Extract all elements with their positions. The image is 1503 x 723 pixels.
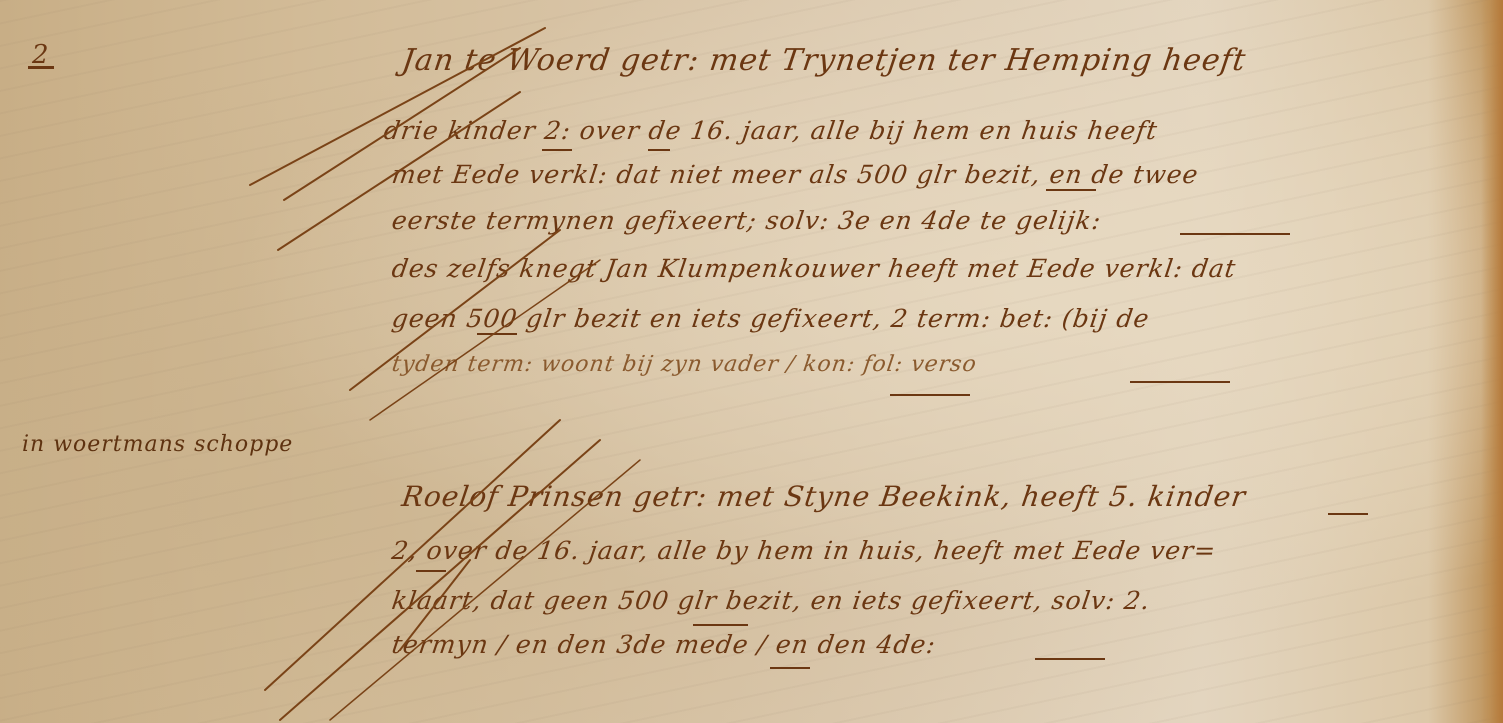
entry-1-line-1: Jan te Woerd getr: met Trynetjen ter Hem… xyxy=(400,46,1248,76)
entry-1-line-6: geen 500 glr bezit en iets gefixeert, 2 … xyxy=(390,304,1152,334)
underline-16 xyxy=(648,149,670,151)
entry-1-line-2: drie kinder 2: over de 16. jaar, alle bi… xyxy=(382,116,1160,146)
entry-1-line-5: des zelfs knegt Jan Klumpenkouwer heeft … xyxy=(390,254,1238,284)
entry-2-line-2: 2, over de 16. jaar, alle by hem in huis… xyxy=(390,536,1218,566)
underline-te-gelijk xyxy=(1180,233,1290,235)
entry-2-line-1: Roelof Prinsen getr: met Styne Beekink, … xyxy=(400,482,1248,512)
underline-4de xyxy=(1035,658,1105,660)
entry-2-line-3: klaart, dat geen 500 glr bezit, en iets … xyxy=(390,586,1152,616)
entry-1-line-7: tyden term: woont bij zyn vader / kon: f… xyxy=(390,350,979,380)
underline-500c xyxy=(693,624,748,626)
underline-5 xyxy=(1328,513,1368,515)
underline-3de xyxy=(770,667,810,669)
underline-vader xyxy=(890,394,970,396)
underline-500b xyxy=(477,333,517,335)
margin-note: in woertmans schoppe xyxy=(22,432,293,457)
entry-1-line-4: eerste termynen gefixeert; solv: 3e en 4… xyxy=(390,206,1103,236)
manuscript-page: 2 Jan te Woerd getr: met Trynetjen ter H… xyxy=(0,0,1503,723)
entry-1-line-3: met Eede verkl: dat niet meer als 500 gl… xyxy=(390,160,1201,190)
page-edge-stain xyxy=(1481,0,1503,723)
underline-2b xyxy=(416,570,446,572)
underline-500 xyxy=(1046,189,1096,191)
page-number: 2 xyxy=(28,44,54,69)
underline-2 xyxy=(542,149,572,151)
underline-verso xyxy=(1130,381,1230,383)
entry-2-line-4: termyn / en den 3de mede / en den 4de: xyxy=(390,630,938,660)
